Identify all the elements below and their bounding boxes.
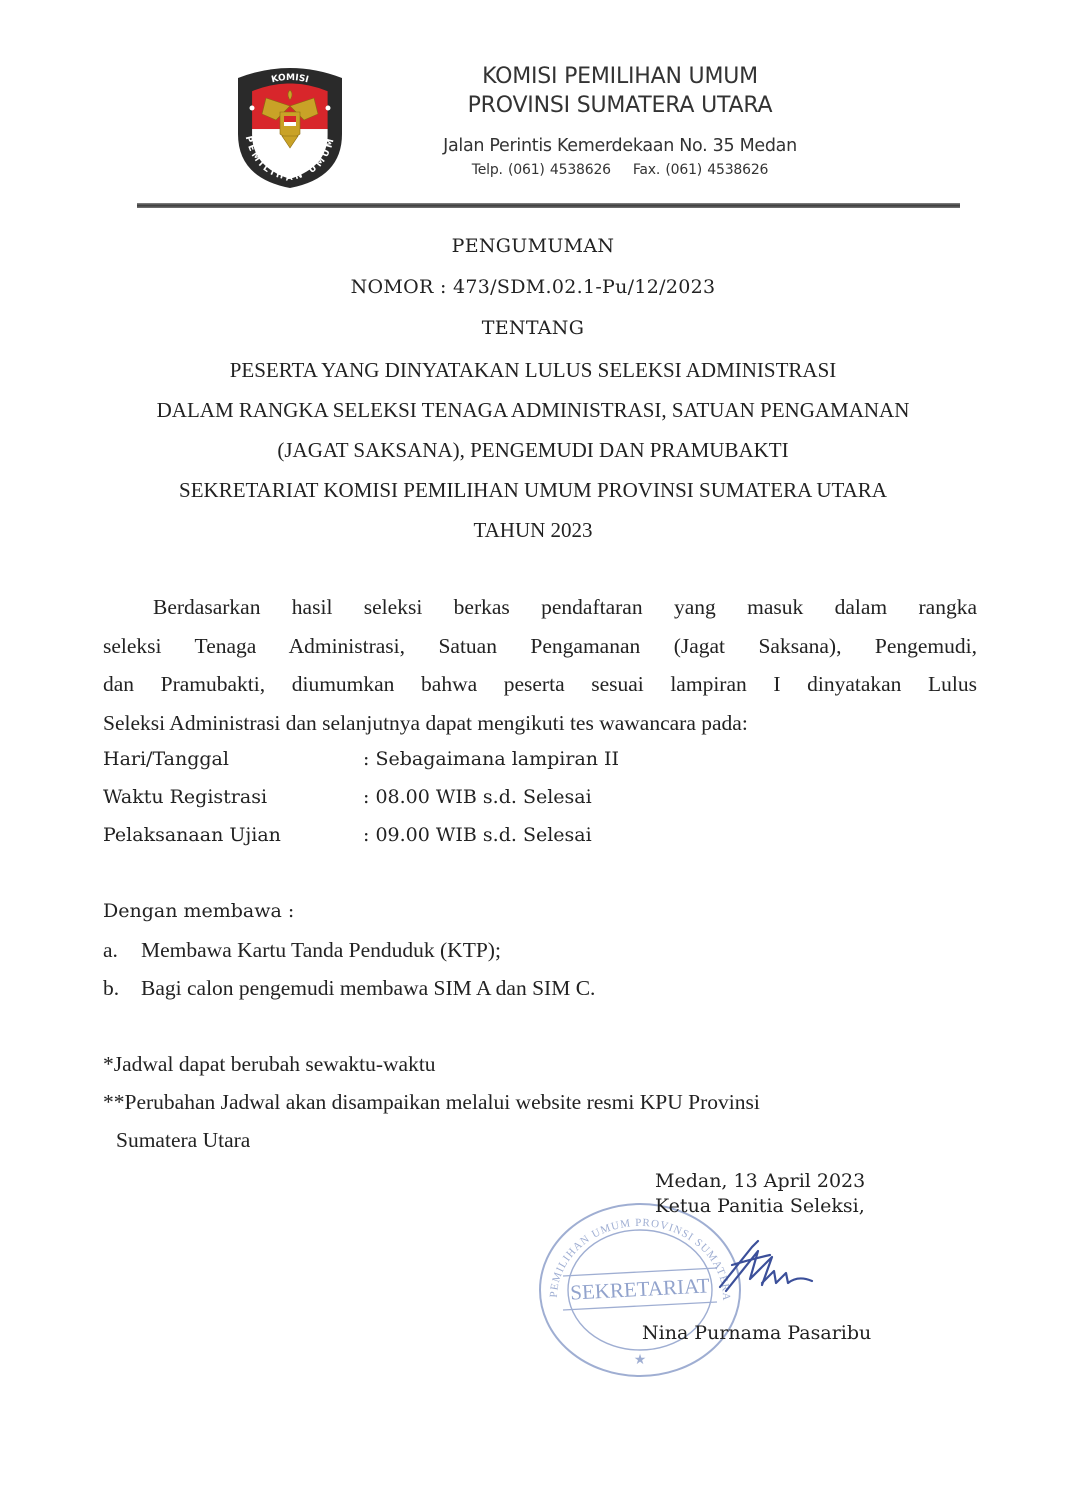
org-phone: Telp. (061) 4538626 [472, 162, 611, 178]
place-date: Medan, 13 April 2023 [655, 1170, 865, 1192]
subject-line: DALAM RANGKA SELEKSI TENAGA ADMINISTRASI… [80, 398, 986, 423]
note-schedule-change: *Jadwal dapat berubah sewaktu-waktu [103, 1052, 436, 1077]
svg-text:★: ★ [634, 1353, 647, 1368]
bring-intro: Dengan membawa : [103, 900, 294, 922]
letterhead-divider [137, 203, 960, 208]
subject-line: (JAGAT SAKSANA), PENGEMUDI DAN PRAMUBAKT… [80, 438, 986, 463]
org-address: Jalan Perintis Kemerdekaan No. 35 Medan [420, 136, 820, 156]
bring-item: b.Bagi calon pengemudi membawa SIM A dan… [103, 976, 595, 1001]
doc-about: TENTANG [80, 317, 986, 339]
detail-value: : 09.00 WIB s.d. Selesai [363, 824, 592, 846]
body-paragraph: Berdasarkan hasil seleksi berkas pendaft… [103, 588, 977, 742]
detail-label: Hari/Tanggal [103, 748, 229, 770]
org-name-line2: PROVINSI SUMATERA UTARA [430, 91, 810, 120]
signer-name: Nina Purnama Pasaribu [642, 1322, 871, 1344]
detail-label: Waktu Registrasi [103, 786, 267, 808]
detail-label: Pelaksanaan Ujian [103, 824, 281, 846]
list-marker: b. [103, 976, 141, 1001]
announcement-page: KOMISI PEMILIHAN UMUM KOMISI PEMILIHAN U… [0, 0, 1066, 1502]
bring-item-text: Bagi calon pengemudi membawa SIM A dan S… [141, 976, 595, 1000]
doc-number: NOMOR : 473/SDM.02.1-Pu/12/2023 [80, 276, 986, 298]
subject-line: SEKRETARIAT KOMISI PEMILIHAN UMUM PROVIN… [80, 478, 986, 503]
bring-item-text: Membawa Kartu Tanda Penduduk (KTP); [141, 938, 501, 962]
list-marker: a. [103, 938, 141, 963]
signer-position: Ketua Panitia Seleksi, [655, 1195, 865, 1217]
note-website-cont: Sumatera Utara [116, 1128, 250, 1153]
subject-line: TAHUN 2023 [80, 518, 986, 543]
bring-item: a.Membawa Kartu Tanda Penduduk (KTP); [103, 938, 501, 963]
org-name-line1: KOMISI PEMILIHAN UMUM [430, 62, 810, 91]
detail-value: : 08.00 WIB s.d. Selesai [363, 786, 592, 808]
handwritten-signature-icon [712, 1235, 822, 1305]
paragraph-line: dan Pramubakti, diumumkan bahwa peserta … [103, 665, 977, 704]
org-contact: Telp. (061) 4538626Fax. (061) 4538626 [420, 162, 820, 178]
detail-value: : Sebagaimana lampiran II [363, 748, 619, 770]
svg-text:SEKRETARIAT: SEKRETARIAT [570, 1273, 711, 1304]
kpu-emblem-icon: KOMISI PEMILIHAN UMUM [232, 62, 348, 188]
paragraph-line: Berdasarkan hasil seleksi berkas pendaft… [103, 588, 977, 627]
subject-line: PESERTA YANG DINYATAKAN LULUS SELEKSI AD… [80, 358, 986, 383]
note-website: **Perubahan Jadwal akan disampaikan mela… [103, 1090, 760, 1115]
doc-type: PENGUMUMAN [80, 235, 986, 257]
org-fax: Fax. (061) 4538626 [633, 162, 768, 178]
paragraph-line: Seleksi Administrasi dan selanjutnya dap… [103, 704, 977, 743]
organization-name: KOMISI PEMILIHAN UMUM PROVINSI SUMATERA … [430, 62, 810, 120]
paragraph-line: seleksi Tenaga Administrasi, Satuan Peng… [103, 627, 977, 666]
